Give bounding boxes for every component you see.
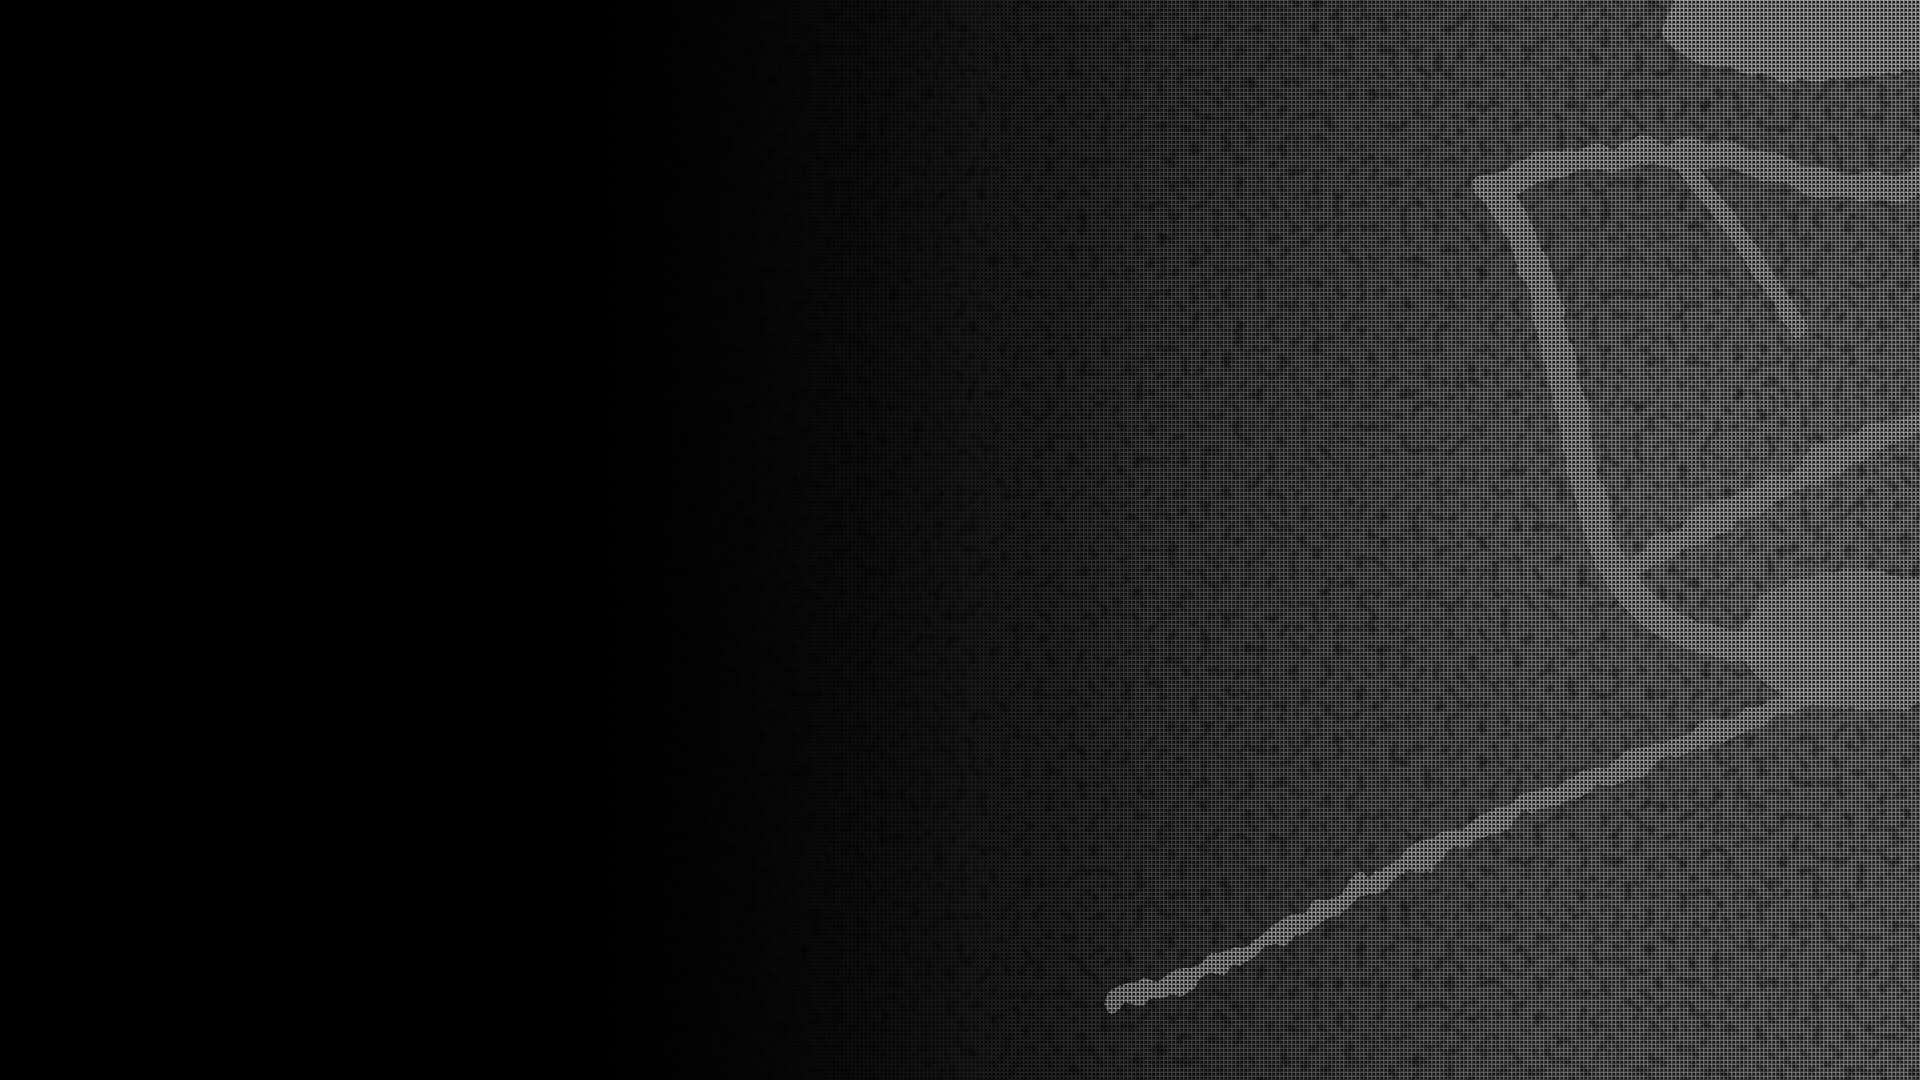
texture-background [0,0,1920,1080]
left-vignette [0,0,1920,1080]
